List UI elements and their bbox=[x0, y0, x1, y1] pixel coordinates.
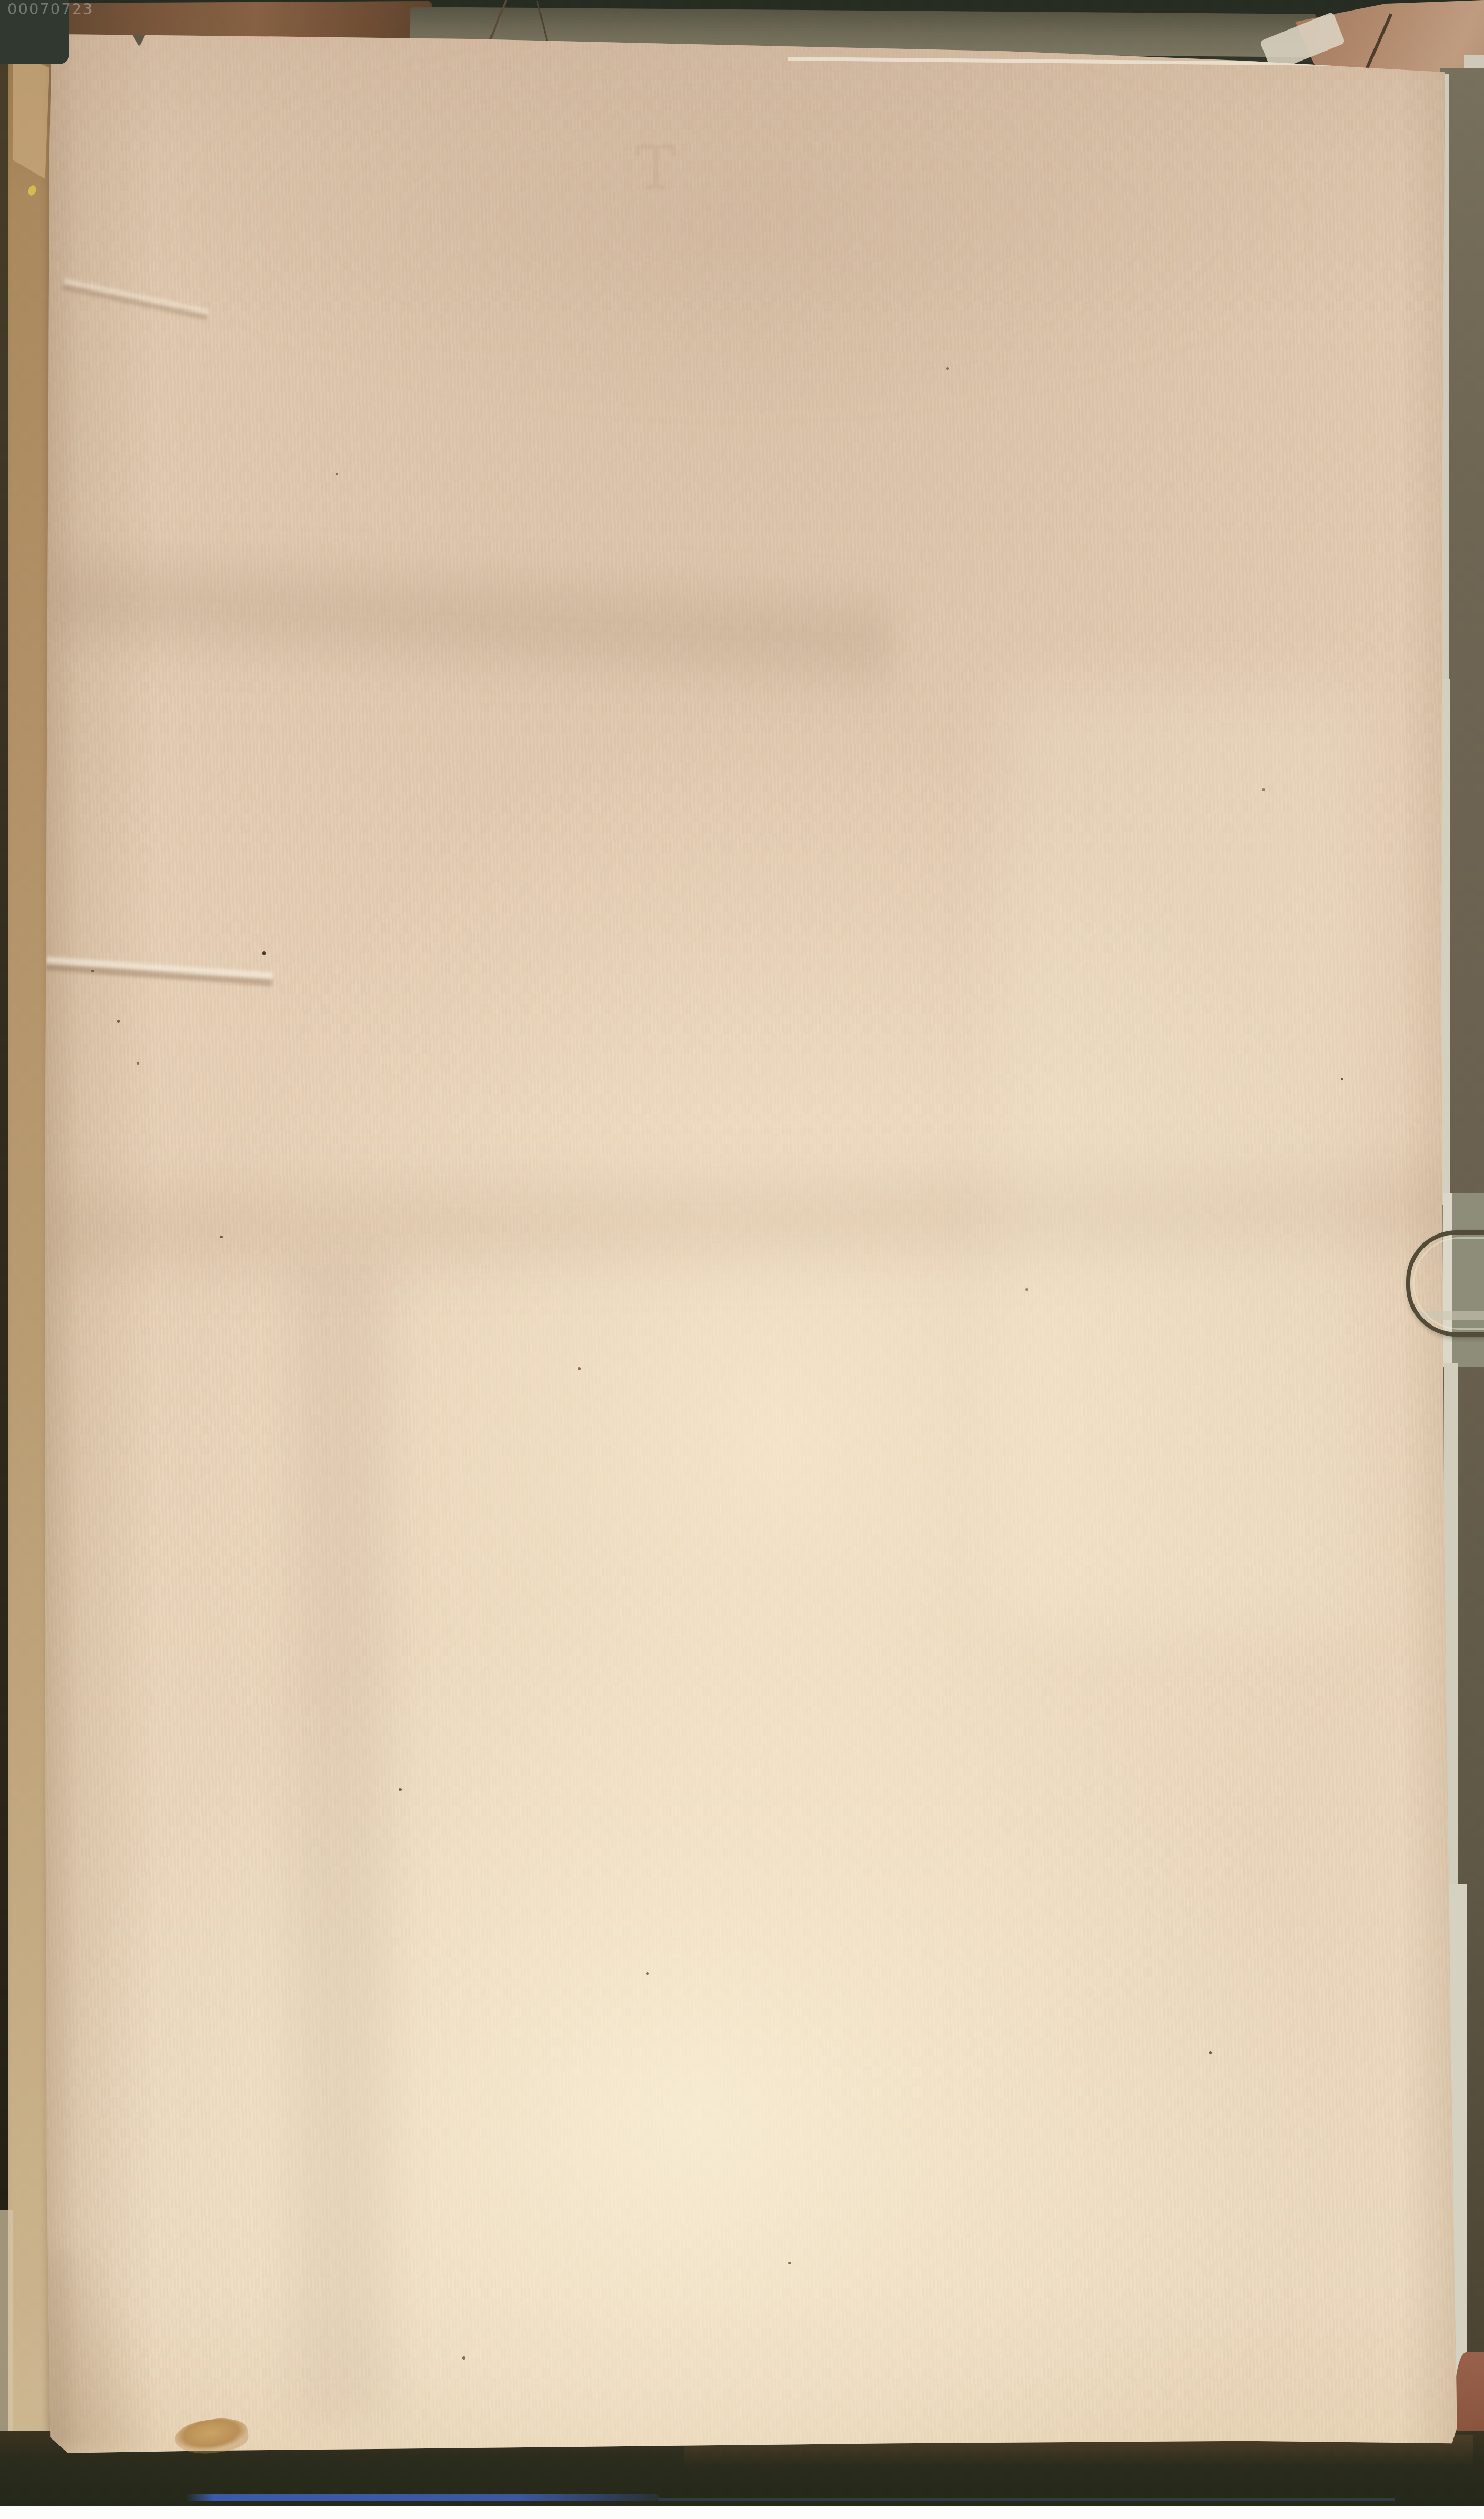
paper-crease bbox=[46, 957, 273, 986]
foxing-speck bbox=[1262, 788, 1265, 791]
scan-id-number: 00070723 bbox=[7, 0, 94, 18]
foxing-speck bbox=[462, 2356, 465, 2360]
blank-book-page: T bbox=[45, 31, 1458, 2454]
foxing-speck bbox=[788, 2262, 791, 2264]
paper-shading bbox=[48, 529, 896, 710]
spine-light-wedge bbox=[13, 53, 49, 179]
foxing-speck bbox=[336, 473, 338, 475]
foxing-speck bbox=[137, 1062, 139, 1065]
clip-inner-highlight bbox=[1413, 1237, 1484, 1330]
foxing-speck bbox=[578, 1367, 581, 1370]
foxing-speck bbox=[646, 1972, 649, 1975]
foxing-speck bbox=[399, 1788, 402, 1791]
blue-scan-artifact-line-faint bbox=[658, 2498, 1395, 2501]
foxing-speck bbox=[946, 367, 949, 370]
paper-shading bbox=[294, 1262, 388, 2420]
foxing-speck bbox=[117, 1020, 120, 1023]
paper-shading bbox=[45, 2251, 182, 2451]
foxing-speck bbox=[220, 1236, 223, 1238]
foxing-speck bbox=[1025, 1288, 1028, 1291]
foxing-speck bbox=[1209, 2051, 1212, 2054]
paper-sheen bbox=[999, 683, 1367, 1630]
book-scan: T 00070723 bbox=[0, 0, 1484, 2519]
scan-bottom-white-strip bbox=[0, 2506, 1484, 2519]
foxing-speck bbox=[1341, 1078, 1343, 1080]
watermark-letter: T bbox=[636, 133, 676, 204]
foxing-speck bbox=[91, 970, 94, 972]
page-fore-edge bbox=[1441, 679, 1450, 1205]
blue-scan-artifact-line bbox=[185, 2494, 659, 2501]
foxing-speck bbox=[262, 951, 266, 955]
paper-shading bbox=[157, 41, 1315, 409]
